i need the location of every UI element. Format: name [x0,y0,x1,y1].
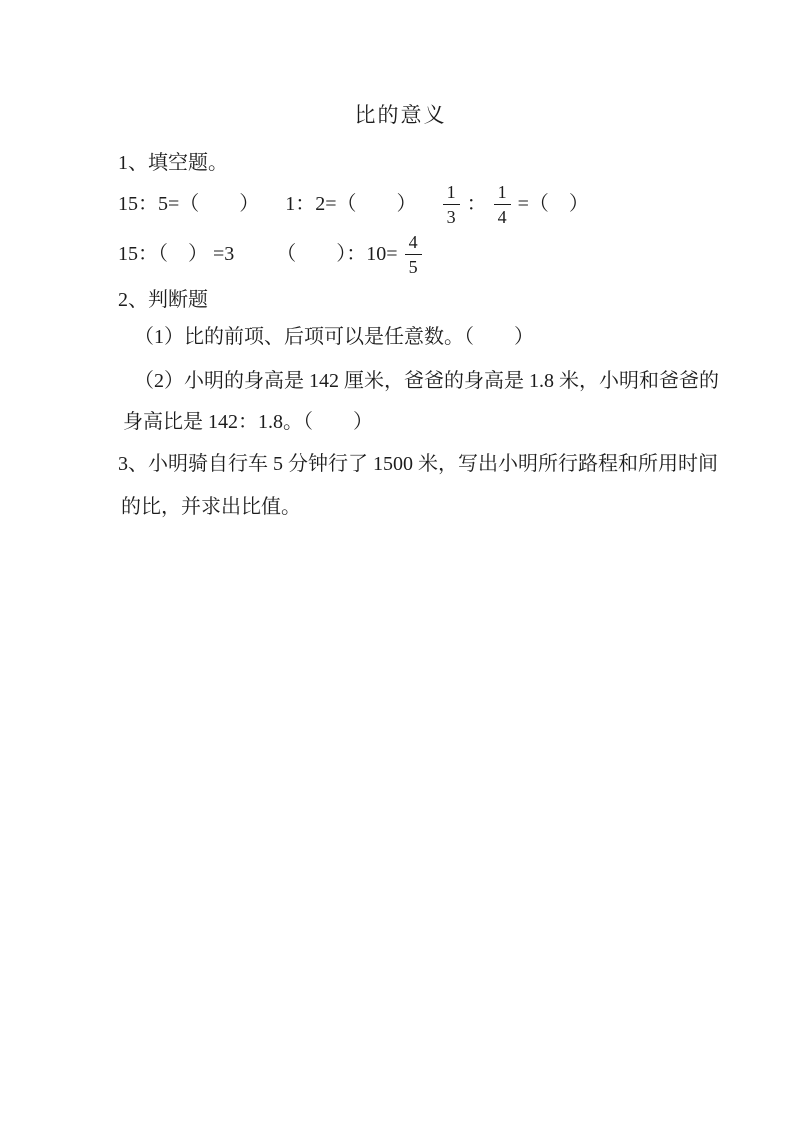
q1-fill-row-2: 15：（ ） =3 （ ）：10= 4 5 [118,230,683,278]
q1-blank-x-10: （ ）：10= 4 5 [276,233,421,276]
q2-item-2-line-1: （2）小明的身高是 142 厘米，爸爸的身高是 1.8 米，小明和爸爸的 [134,367,683,395]
q2-heading: 2、判断题 [118,286,683,314]
q2-item-2-line-2: 身高比是 142：1.8。（ ） [123,408,683,436]
q1-blank-15-x: 15：（ ） =3 [118,240,234,268]
fraction-denominator: 4 [498,205,507,226]
q1-fill-row-1: 15：5=（ ） 1：2=（ ） 1 3 ： 1 4 =（ ） [118,178,683,230]
blank-ratio-text: （ ）：10= [276,240,397,268]
fraction-numerator: 1 [494,183,511,205]
fraction-denominator: 5 [409,255,418,276]
q2-item-1: （1）比的前项、后项可以是任意数。（ ） [134,323,683,351]
equals-blank: =（ ） [518,190,589,218]
fraction-numerator: 4 [405,233,422,255]
worksheet-page: 比的意义 1、填空题。 15：5=（ ） 1：2=（ ） 1 3 ： 1 4 =… [0,0,793,1122]
page-title: 比的意义 [118,100,683,130]
q1-blank-15-5: 15：5=（ ） [118,190,259,218]
ratio-colon: ： [467,190,487,218]
fraction-one-third: 1 3 [443,183,460,226]
q3-line-2: 的比，并求出比值。 [121,493,683,521]
fraction-one-fourth: 1 4 [494,183,511,226]
q1-blank-fractions: 1 3 ： 1 4 =（ ） [443,183,589,226]
fraction-numerator: 1 [443,183,460,205]
fraction-denominator: 3 [447,205,456,226]
fraction-four-fifths: 4 5 [405,233,422,276]
q3-line-1: 3、小明骑自行车 5 分钟行了 1500 米，写出小明所行路程和所用时间 [118,450,683,478]
q1-heading: 1、填空题。 [118,148,683,178]
q1-blank-1-2: 1：2=（ ） [285,190,416,218]
